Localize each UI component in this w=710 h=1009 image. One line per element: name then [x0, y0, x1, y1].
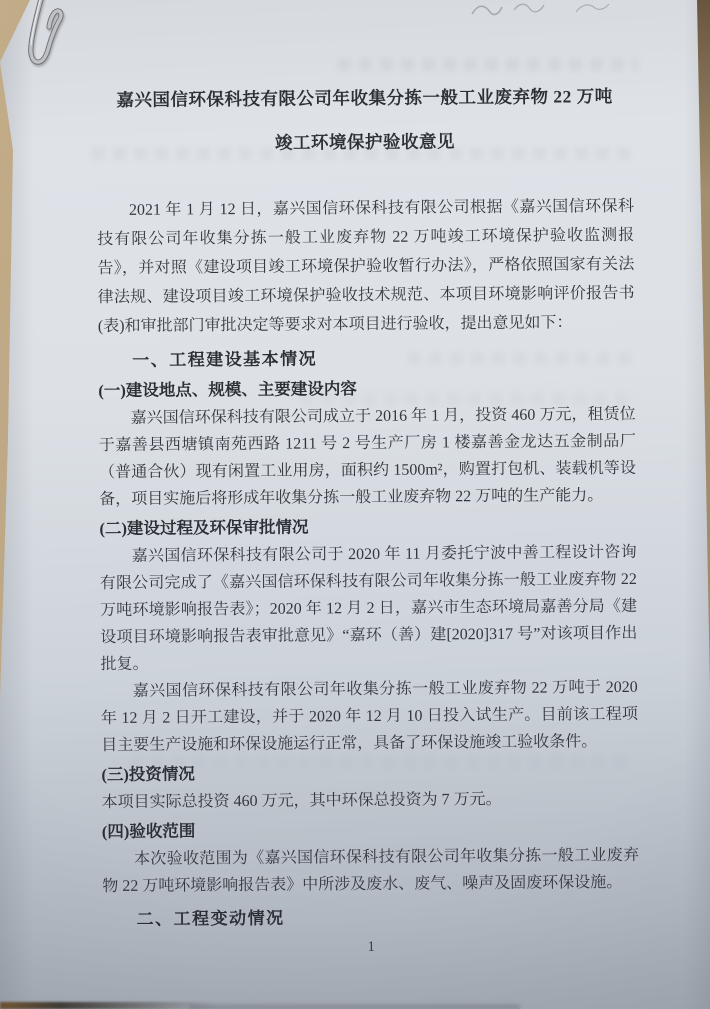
document-heading: (四)验收范围 — [102, 814, 639, 845]
document-page: 嘉兴国信环保科技有限公司年收集分拣一般工业废弃物 22 万吨 竣工环境保护验收意… — [0, 0, 710, 1009]
document-content: 嘉兴国信环保科技有限公司年收集分拣一般工业废弃物 22 万吨 竣工环境保护验收意… — [96, 84, 640, 958]
document-blocks: 2021 年 1 月 12 日，嘉兴国信环保科技有限公司根据《嘉兴国信环保科技有… — [97, 192, 640, 933]
ink-bleedthrough — [338, 58, 638, 71]
document-title-line1: 嘉兴国信环保科技有限公司年收集分拣一般工业废弃物 22 万吨 — [96, 84, 633, 112]
ink-bleedthrough — [130, 756, 630, 769]
document-paragraph: 嘉兴国信环保科技有限公司于 2020 年 11 月委托宁波中善工程设计咨询有限公… — [100, 539, 638, 678]
document-paragraph: 嘉兴国信环保科技有限公司年收集分拣一般工业废弃物 22 万吨于 2020 年 1… — [101, 674, 639, 759]
document-paragraph: 本次验收范围为《嘉兴国信环保科技有限公司年收集分拣一般工业废弃物 22 万吨环境… — [102, 842, 639, 900]
document-heading: (三)投资情况 — [101, 757, 638, 788]
document-paragraph: 本项目实际总投资 460 万元，其中环保总投资为 7 万元。 — [102, 785, 639, 816]
ink-bleedthrough — [300, 392, 638, 405]
document-paragraph: 2021 年 1 月 12 日，嘉兴国信环保科技有限公司根据《嘉兴国信环保科技有… — [97, 192, 635, 341]
document-heading: 一、工程建设基本情况 — [98, 343, 635, 374]
page-number: 1 — [103, 937, 640, 958]
document-paragraph: 嘉兴国信环保科技有限公司成立于 2016 年 1 月，投资 460 万元，租赁位… — [98, 401, 636, 513]
ink-bleedthrough — [408, 352, 638, 365]
document-heading: (二)建设过程及环保审批情况 — [99, 511, 636, 542]
ink-bleedthrough — [92, 147, 632, 160]
paper-edge-shadow — [190, 1005, 520, 1009]
photo-of-document: { "scene": { "colors": { "desk": "#c3ac8… — [0, 0, 710, 1009]
document-heading: 二、工程变动情况 — [102, 902, 639, 933]
document-title-line2: 竣工环境保护验收意见 — [96, 128, 633, 156]
document-heading: (一)建设地点、规模、主要建设内容 — [98, 373, 635, 404]
paper-edge-shadow — [0, 1002, 215, 1009]
